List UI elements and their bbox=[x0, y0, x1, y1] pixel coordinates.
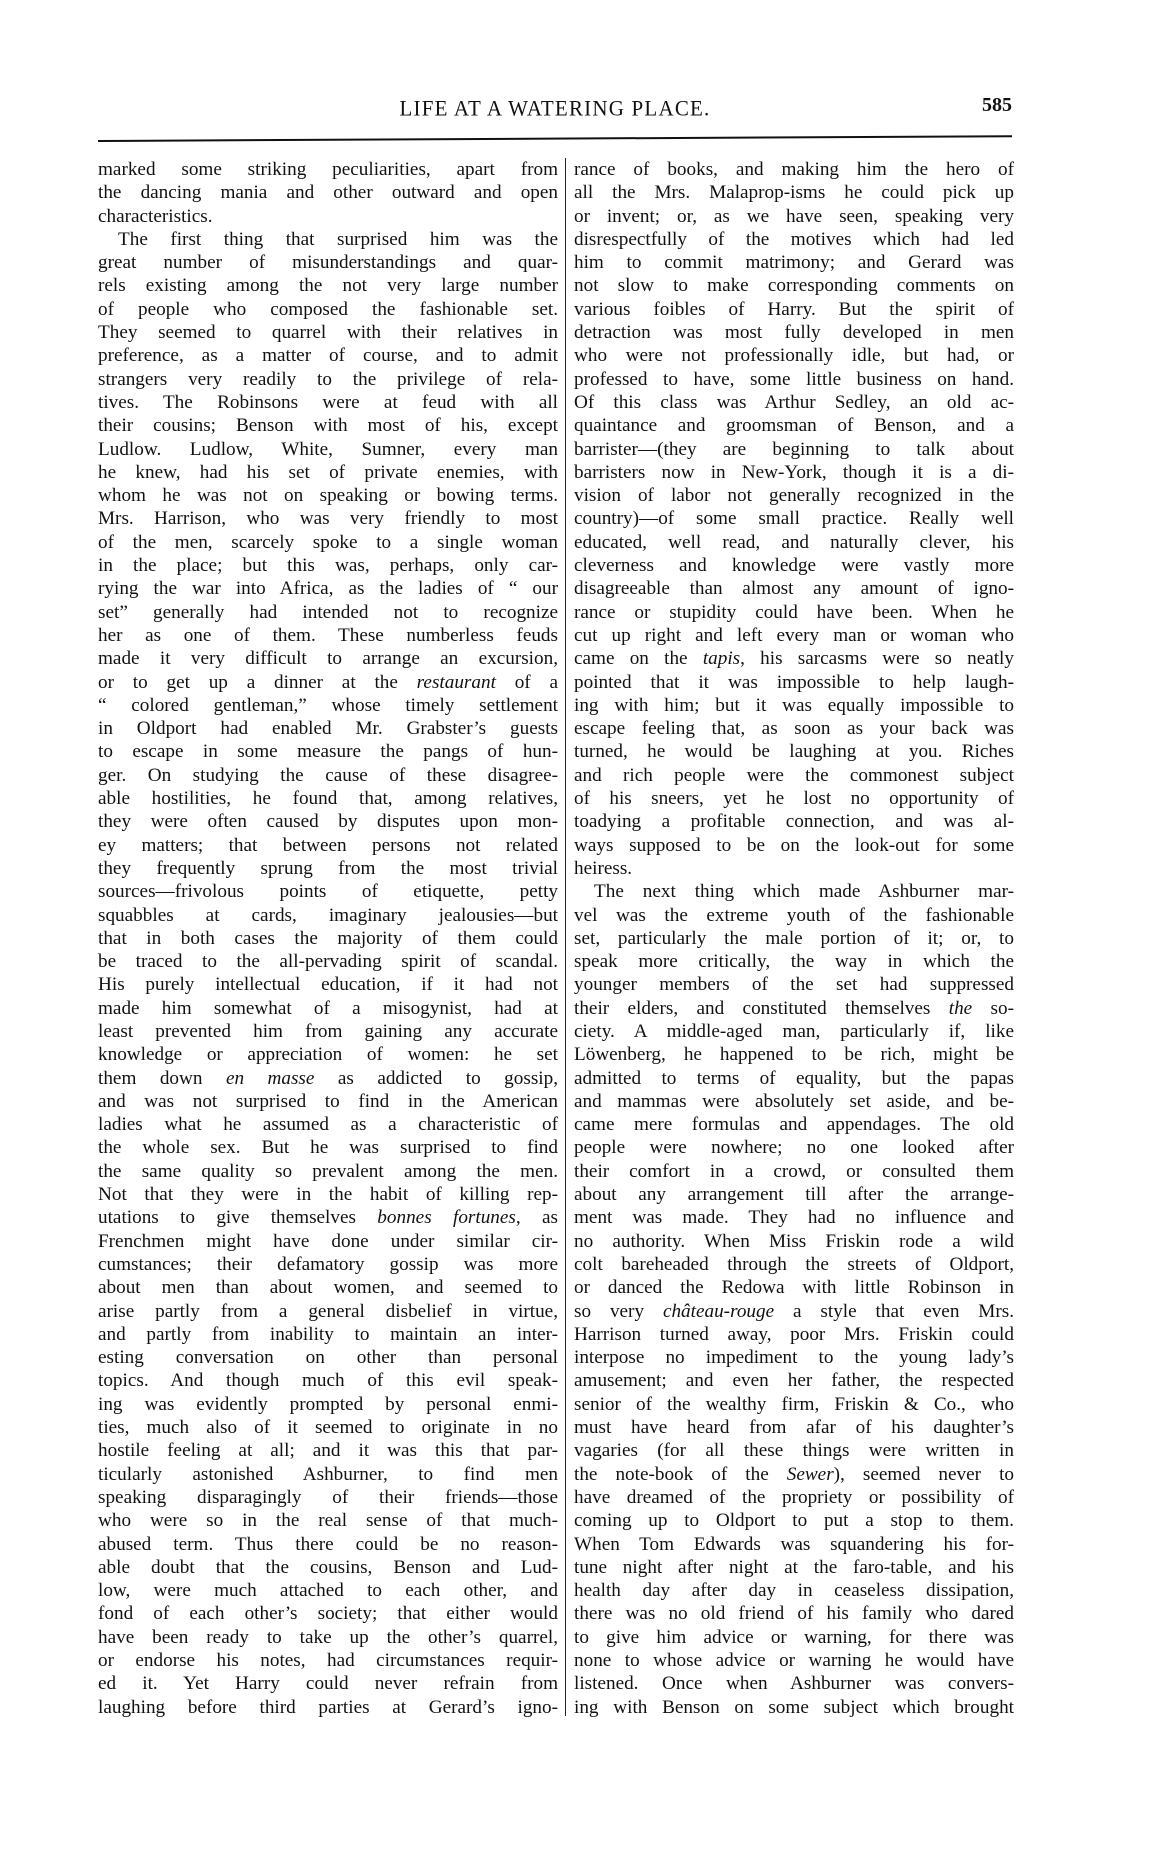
text-line: country)—of some small practice. Really … bbox=[574, 507, 1014, 530]
text-line: about any arrangement till after the arr… bbox=[574, 1183, 1014, 1206]
text-line: turned, he would be laughing at you. Ric… bbox=[574, 740, 1014, 763]
text-line: or danced the Redowa with little Robinso… bbox=[574, 1276, 1014, 1299]
text-line: set” generally had intended not to recog… bbox=[98, 601, 558, 624]
text-line: admitted to terms of equality, but the p… bbox=[574, 1067, 1014, 1090]
text-line: strangers very readily to the privilege … bbox=[98, 368, 558, 391]
text-line: Not that they were in the habit of killi… bbox=[98, 1183, 558, 1206]
text-line: laughing before third parties at Gerard’… bbox=[98, 1696, 558, 1719]
text-line: knowledge or appreciation of women: he s… bbox=[98, 1043, 558, 1066]
text-line: them down en masse as addicted to gossip… bbox=[98, 1067, 558, 1090]
text-line: who were not professionally idle, but ha… bbox=[574, 344, 1014, 367]
text-line: educated, well read, and naturally cleve… bbox=[574, 531, 1014, 554]
text-line: made it very difficult to arrange an exc… bbox=[98, 647, 558, 670]
text-line: utations to give themselves bonnes fortu… bbox=[98, 1206, 558, 1229]
text-line: so very château-rouge a style that even … bbox=[574, 1300, 1014, 1323]
left-column: marked some striking peculiarities, apar… bbox=[98, 158, 558, 1719]
text-line: Frenchmen might have done under similar … bbox=[98, 1230, 558, 1253]
text-line: vel was the extreme youth of the fashion… bbox=[574, 904, 1014, 927]
text-line: her as one of them. These numberless feu… bbox=[98, 624, 558, 647]
text-line: there was no old friend of his family wh… bbox=[574, 1602, 1014, 1625]
text-line: cut up right and left every man or woman… bbox=[574, 624, 1014, 647]
text-line: the same quality so prevalent among the … bbox=[98, 1160, 558, 1183]
page-number: 585 bbox=[982, 94, 1012, 117]
text-line: hostile feeling at all; and it was this … bbox=[98, 1439, 558, 1462]
text-line: be traced to the all-pervading spirit of… bbox=[98, 950, 558, 973]
text-line: who were so in the real sense of that mu… bbox=[98, 1509, 558, 1532]
text-line: and mammas were absolutely set aside, an… bbox=[574, 1090, 1014, 1113]
text-line: ways supposed to be on the look-out for … bbox=[574, 834, 1014, 857]
text-line: rying the war into Africa, as the ladies… bbox=[98, 577, 558, 600]
text-line: The first thing that surprised him was t… bbox=[98, 228, 558, 251]
text-line: ed it. Yet Harry could never refrain fro… bbox=[98, 1672, 558, 1695]
text-line: When Tom Edwards was squandering his for… bbox=[574, 1533, 1014, 1556]
text-line: barrister—(they are beginning to talk ab… bbox=[574, 438, 1014, 461]
text-line: their cousins; Benson with most of his, … bbox=[98, 414, 558, 437]
text-line: rance or stupidity could have been. When… bbox=[574, 601, 1014, 624]
text-line: of the men, scarcely spoke to a single w… bbox=[98, 531, 558, 554]
text-line: Of this class was Arthur Sedley, an old … bbox=[574, 391, 1014, 414]
text-line: Löwenberg, he happened to be rich, might… bbox=[574, 1043, 1014, 1066]
text-line: senior of the wealthy firm, Friskin & Co… bbox=[574, 1393, 1014, 1416]
text-line: fond of each other’s society; that eithe… bbox=[98, 1602, 558, 1625]
text-line: “ colored gentleman,” whose timely settl… bbox=[98, 694, 558, 717]
text-line: set, particularly the male portion of it… bbox=[574, 927, 1014, 950]
text-line: ciety. A middle-aged man, particularly i… bbox=[574, 1020, 1014, 1043]
text-line: vision of labor not generally recognized… bbox=[574, 484, 1014, 507]
text-line: esting conversation on other than person… bbox=[98, 1346, 558, 1369]
text-line: have dreamed of the propriety or possibi… bbox=[574, 1486, 1014, 1509]
text-line: their elders, and constituted themselves… bbox=[574, 997, 1014, 1020]
text-line: the dancing mania and other outward and … bbox=[98, 181, 558, 204]
text-line: and was not surprised to find in the Ame… bbox=[98, 1090, 558, 1113]
text-line: younger members of the set had suppresse… bbox=[574, 973, 1014, 996]
text-line: escape feeling that, as soon as your bac… bbox=[574, 717, 1014, 740]
text-line: cumstances; their defamatory gossip was … bbox=[98, 1253, 558, 1276]
text-line: ment was made. They had no influence and bbox=[574, 1206, 1014, 1229]
text-line: in the place; but this was, perhaps, onl… bbox=[98, 554, 558, 577]
text-line: various foibles of Harry. But the spirit… bbox=[574, 298, 1014, 321]
text-line: least prevented him from gaining any acc… bbox=[98, 1020, 558, 1043]
text-line: about men than about women, and seemed t… bbox=[98, 1276, 558, 1299]
column-divider bbox=[565, 158, 566, 1716]
text-line: or endorse his notes, had circumstances … bbox=[98, 1649, 558, 1672]
text-line: of his sneers, yet he lost no opportunit… bbox=[574, 787, 1014, 810]
text-line: great number of misunderstandings and qu… bbox=[98, 251, 558, 274]
text-line: They seemed to quarrel with their relati… bbox=[98, 321, 558, 344]
text-line: in Oldport had enabled Mr. Grabster’s gu… bbox=[98, 717, 558, 740]
text-line: low, were much attached to each other, a… bbox=[98, 1579, 558, 1602]
text-line: all the Mrs. Malaprop-isms he could pick… bbox=[574, 181, 1014, 204]
text-line: came mere formulas and appendages. The o… bbox=[574, 1113, 1014, 1136]
text-line: ger. On studying the cause of these disa… bbox=[98, 764, 558, 787]
text-line: The next thing which made Ashburner mar- bbox=[574, 880, 1014, 903]
text-line: heiress. bbox=[574, 857, 1014, 880]
text-line: His purely intellectual education, if it… bbox=[98, 973, 558, 996]
text-line: speaking disparagingly of their friends—… bbox=[98, 1486, 558, 1509]
text-line: the whole sex. But he was surprised to f… bbox=[98, 1136, 558, 1159]
text-line: speak more critically, the way in which … bbox=[574, 950, 1014, 973]
text-line: their comfort in a crowd, or consulted t… bbox=[574, 1160, 1014, 1183]
text-line: of people who composed the fashionable s… bbox=[98, 298, 558, 321]
text-line: rels existing among the not very large n… bbox=[98, 274, 558, 297]
text-line: able hostilities, he found that, among r… bbox=[98, 787, 558, 810]
text-line: and partly from inability to maintain an… bbox=[98, 1323, 558, 1346]
text-line: came on the tapis, his sarcasms were so … bbox=[574, 647, 1014, 670]
text-line: made him somewhat of a misogynist, had a… bbox=[98, 997, 558, 1020]
text-line: rance of books, and making him the hero … bbox=[574, 158, 1014, 181]
text-line: they frequently sprung from the most tri… bbox=[98, 857, 558, 880]
text-line: ladies what he assumed as a characterist… bbox=[98, 1113, 558, 1136]
text-line: people were nowhere; no one looked after bbox=[574, 1136, 1014, 1159]
header-rule bbox=[98, 135, 1012, 142]
text-line: disagreeable than almost any amount of i… bbox=[574, 577, 1014, 600]
text-line: and rich people were the commonest subje… bbox=[574, 764, 1014, 787]
text-line: ing with Benson on some subject which br… bbox=[574, 1696, 1014, 1719]
text-line: cleverness and knowledge were vastly mor… bbox=[574, 554, 1014, 577]
text-line: must have heard from afar of his daughte… bbox=[574, 1416, 1014, 1439]
text-line: squabbles at cards, imaginary jealousies… bbox=[98, 904, 558, 927]
text-line: colt bareheaded through the streets of O… bbox=[574, 1253, 1014, 1276]
text-line: they were often caused by disputes upon … bbox=[98, 810, 558, 833]
text-line: professed to have, some little business … bbox=[574, 368, 1014, 391]
text-line: detraction was most fully developed in m… bbox=[574, 321, 1014, 344]
text-line: the note-book of the Sewer), seemed neve… bbox=[574, 1463, 1014, 1486]
magazine-page: LIFE AT A WATERING PLACE. 585 marked som… bbox=[0, 0, 1176, 1850]
text-line: interpose no impediment to the young lad… bbox=[574, 1346, 1014, 1369]
text-line: topics. And though much of this evil spe… bbox=[98, 1369, 558, 1392]
text-line: tives. The Robinsons were at feud with a… bbox=[98, 391, 558, 414]
text-line: characteristics. bbox=[98, 205, 558, 228]
text-line: that in both cases the majority of them … bbox=[98, 927, 558, 950]
text-line: toadying a profitable connection, and wa… bbox=[574, 810, 1014, 833]
text-line: ties, much also of it seemed to originat… bbox=[98, 1416, 558, 1439]
text-line: coming up to Oldport to put a stop to th… bbox=[574, 1509, 1014, 1532]
text-line: Ludlow. Ludlow, White, Sumner, every man bbox=[98, 438, 558, 461]
text-line: none to whose advice or warning he would… bbox=[574, 1649, 1014, 1672]
text-line: ticularly astonished Ashburner, to find … bbox=[98, 1463, 558, 1486]
text-line: have been ready to take up the other’s q… bbox=[98, 1626, 558, 1649]
text-line: ing was evidently prompted by personal e… bbox=[98, 1393, 558, 1416]
text-line: or to get up a dinner at the restaurant … bbox=[98, 671, 558, 694]
text-line: amusement; and even her father, the resp… bbox=[574, 1369, 1014, 1392]
text-line: tune night after night at the faro-table… bbox=[574, 1556, 1014, 1579]
text-line: preference, as a matter of course, and t… bbox=[98, 344, 558, 367]
text-line: not slow to make corresponding comments … bbox=[574, 274, 1014, 297]
text-line: to escape in some measure the pangs of h… bbox=[98, 740, 558, 763]
text-line: quaintance and groomsman of Benson, and … bbox=[574, 414, 1014, 437]
text-line: to give him advice or warning, for there… bbox=[574, 1626, 1014, 1649]
right-column: rance of books, and making him the hero … bbox=[574, 158, 1014, 1719]
text-line: he knew, had his set of private enemies,… bbox=[98, 461, 558, 484]
text-line: ey matters; that between persons not rel… bbox=[98, 834, 558, 857]
text-line: or invent; or, as we have seen, speaking… bbox=[574, 205, 1014, 228]
text-line: disrespectfully of the motives which had… bbox=[574, 228, 1014, 251]
text-line: sources—frivolous points of etiquette, p… bbox=[98, 880, 558, 903]
text-line: whom he was not on speaking or bowing te… bbox=[98, 484, 558, 507]
running-title: LIFE AT A WATERING PLACE. bbox=[98, 95, 1012, 121]
text-line: health day after day in ceaseless dissip… bbox=[574, 1579, 1014, 1602]
text-line: Harrison turned away, poor Mrs. Friskin … bbox=[574, 1323, 1014, 1346]
text-line: vagaries (for all these things were writ… bbox=[574, 1439, 1014, 1462]
text-line: listened. Once when Ashburner was conver… bbox=[574, 1672, 1014, 1695]
text-line: pointed that it was impossible to help l… bbox=[574, 671, 1014, 694]
text-line: arise partly from a general disbelief in… bbox=[98, 1300, 558, 1323]
text-line: marked some striking peculiarities, apar… bbox=[98, 158, 558, 181]
text-line: him to commit matrimony; and Gerard was bbox=[574, 251, 1014, 274]
text-line: able doubt that the cousins, Benson and … bbox=[98, 1556, 558, 1579]
text-line: ing with him; but it was equally impossi… bbox=[574, 694, 1014, 717]
text-line: barristers now in New-York, though it is… bbox=[574, 461, 1014, 484]
text-line: no authority. When Miss Friskin rode a w… bbox=[574, 1230, 1014, 1253]
text-line: Mrs. Harrison, who was very friendly to … bbox=[98, 507, 558, 530]
running-head: LIFE AT A WATERING PLACE. 585 bbox=[98, 96, 1012, 126]
text-line: abused term. Thus there could be no reas… bbox=[98, 1533, 558, 1556]
